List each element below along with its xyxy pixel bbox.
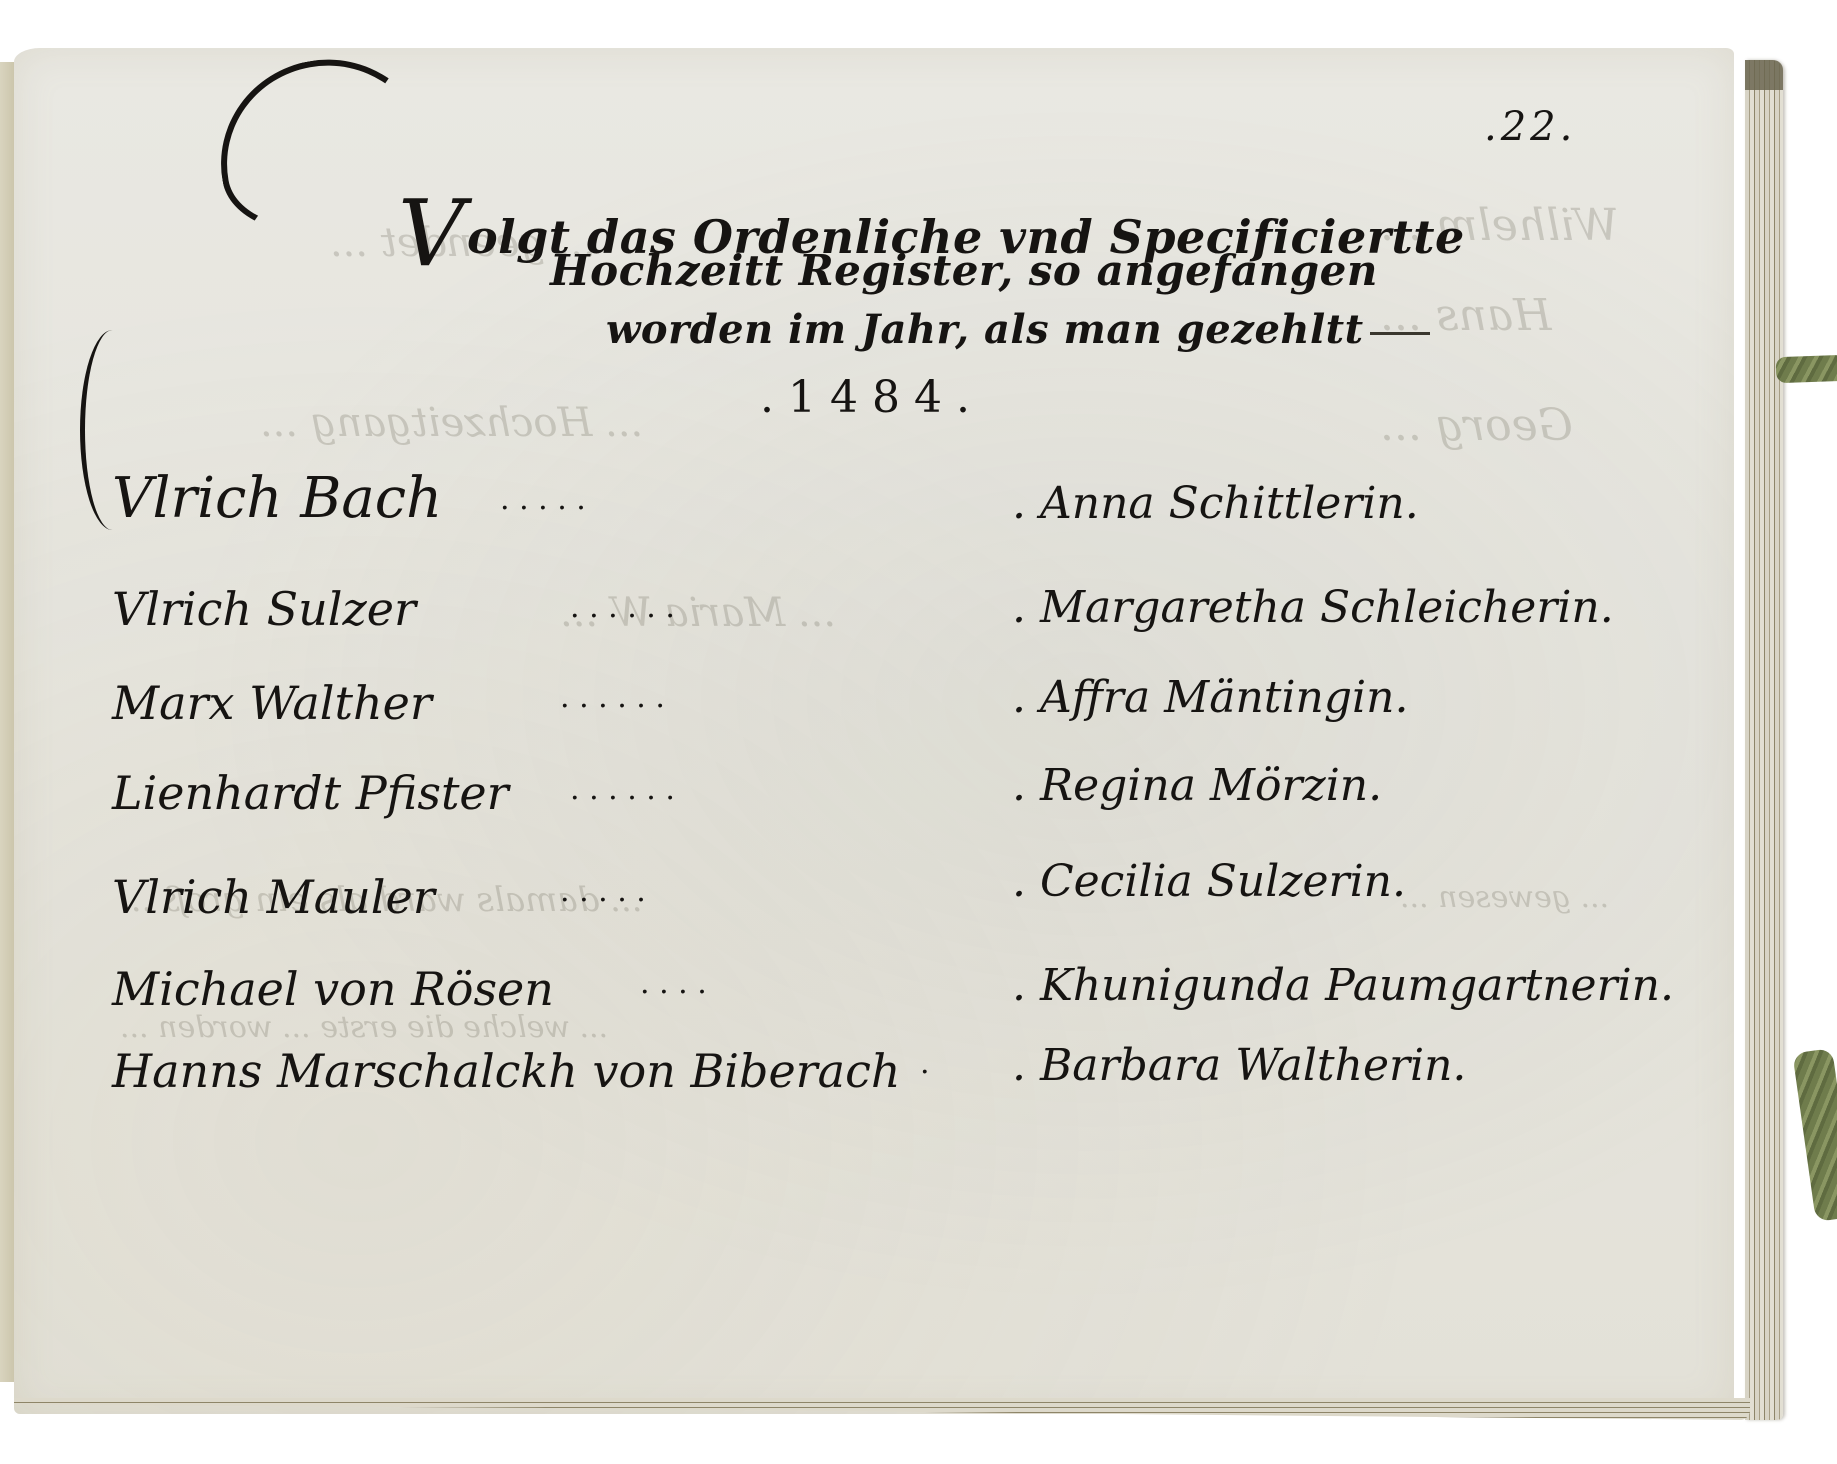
ribbon-tie-lower [1792, 1048, 1837, 1222]
groom-name: Vlrich Mauler [112, 870, 435, 924]
groom-name: Marx Walther [112, 676, 432, 730]
dot-leader: . . . . . [560, 874, 646, 909]
bride-name: . Khunigunda Paumgartnerin. [1012, 960, 1674, 1011]
page-number: .22. [1484, 104, 1576, 150]
heading-year: .1484. [760, 372, 984, 423]
open-manuscript-book: Wilhelm ... Hans ... Georg ... ... geend… [0, 0, 1837, 1464]
dot-leader: . . . . . . [570, 590, 675, 625]
bleed-through-text: Georg ... [1380, 400, 1573, 451]
bride-name: . Anna Schittlerin. [1012, 478, 1419, 529]
page-stack-right [1745, 60, 1783, 1420]
bride-name: . Cecilia Sulzerin. [1012, 856, 1406, 907]
dot-leader: . . . . . [500, 482, 586, 517]
dot-leader: . [920, 1046, 930, 1081]
heading-line-3: worden im Jahr, als man gezehltt [606, 306, 1430, 353]
groom-name: Hanns Marschalckh von Biberach [112, 1044, 900, 1098]
bleed-through-text: ... gewesen ... [1400, 880, 1609, 915]
ribbon-tie-upper [1776, 355, 1837, 383]
groom-name: Vlrich Sulzer [112, 582, 416, 636]
groom-name: Michael von Rösen [112, 962, 554, 1016]
bride-name: . Regina Mörzin. [1012, 760, 1382, 811]
bride-name: . Affra Mäntingin. [1012, 672, 1408, 723]
bride-name: . Barbara Waltherin. [1012, 1040, 1466, 1091]
bride-name: . Margaretha Schleicherin. [1012, 582, 1614, 633]
dot-leader: . . . . . . [570, 772, 675, 807]
dot-leader: . . . . . . [560, 680, 665, 715]
bleed-through-text: ... Hochzeitgang ... [260, 400, 643, 446]
decorative-initial: V [398, 180, 465, 287]
groom-name: Lienhardt Pfister [112, 766, 509, 820]
groom-name: Vlrich Bach [112, 466, 442, 531]
dot-leader: . . . . [640, 966, 707, 1001]
heading-line-2: Hochzeitt Register, so angefangen [550, 246, 1378, 295]
